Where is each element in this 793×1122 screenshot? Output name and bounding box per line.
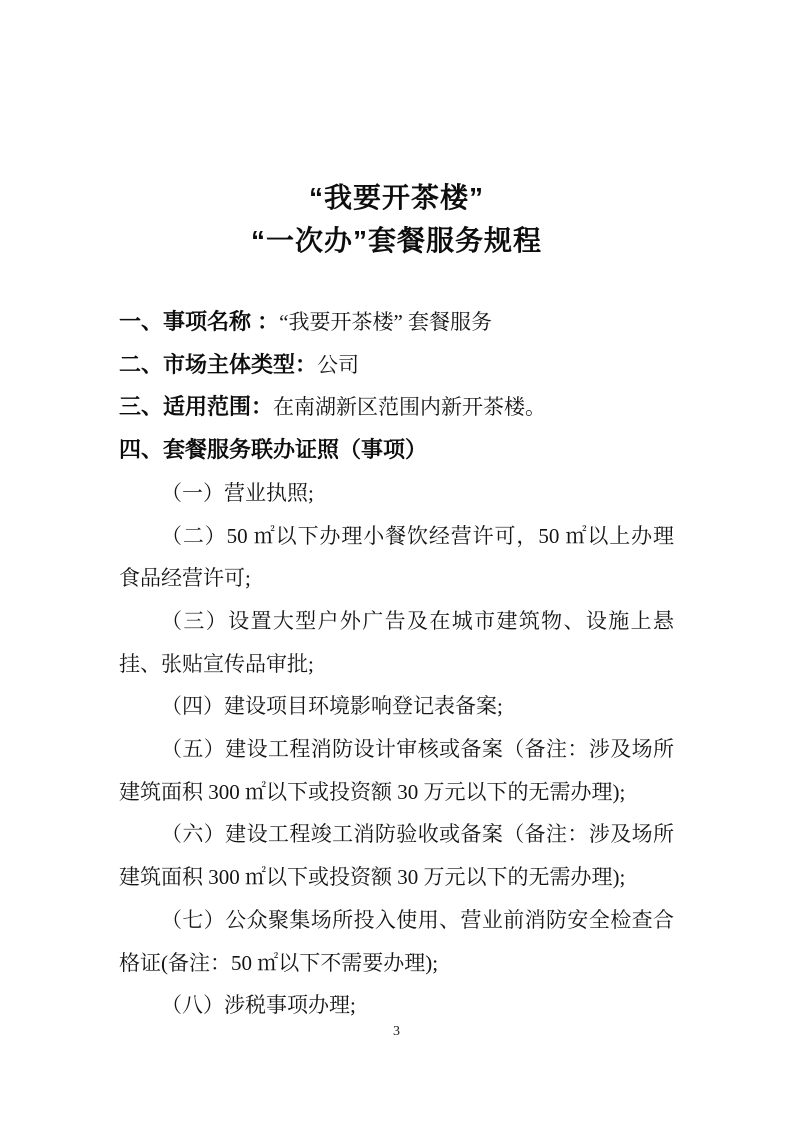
document-body: 一、事项名称 ：“我要开茶楼” 套餐服务 二、市场主体类型：公司 三、适用范围：… xyxy=(119,301,674,1027)
document-title: “我要开茶楼” “一次办”套餐服务规程 xyxy=(119,0,674,262)
section-heading-4-label: 四、套餐服务联办证照（事项） xyxy=(119,437,427,462)
list-item-8: （八）涉税事项办理; xyxy=(119,984,674,1027)
list-item-5: （五）建设工程消防设计审核或备案（备注：涉及场所建筑面积 300 ㎡以下或投资额… xyxy=(119,728,674,813)
list-item-3: （三）设置大型户外广告及在城市建筑物、设施上悬挂、张贴宣传品审批; xyxy=(119,600,674,685)
section-heading-3-text: 在南湖新区范围内新开茶楼。 xyxy=(273,395,546,419)
document-content: “我要开茶楼” “一次办”套餐服务规程 一、事项名称 ：“我要开茶楼” 套餐服务… xyxy=(119,0,674,1027)
page-number: 3 xyxy=(0,1024,793,1040)
document-title-line1: “我要开茶楼” xyxy=(119,176,674,219)
section-heading-1-text: “我要开茶楼” 套餐服务 xyxy=(279,310,492,334)
section-heading-2: 二、市场主体类型：公司 xyxy=(119,344,674,387)
section-heading-2-text: 公司 xyxy=(317,353,359,377)
section-heading-3-label: 三、适用范围： xyxy=(119,394,273,419)
section-heading-4: 四、套餐服务联办证照（事项） xyxy=(119,429,674,472)
section-heading-1: 一、事项名称 ：“我要开茶楼” 套餐服务 xyxy=(119,301,674,344)
list-item-1: （一）营业执照; xyxy=(119,472,674,515)
section-heading-3: 三、适用范围：在南湖新区范围内新开茶楼。 xyxy=(119,386,674,429)
list-item-2: （二）50 ㎡以下办理小餐饮经营许可，50 ㎡以上办理食品经营许可; xyxy=(119,515,674,600)
list-item-7: （七）公众聚集场所投入使用、营业前消防安全检查合格证(备注：50 ㎡以下不需要办… xyxy=(119,899,674,984)
list-item-4: （四）建设项目环境影响登记表备案; xyxy=(119,685,674,728)
section-heading-1-label: 一、事项名称 ： xyxy=(119,309,279,334)
document-title-line2: “一次办”套餐服务规程 xyxy=(119,219,674,262)
section-heading-2-label: 二、市场主体类型： xyxy=(119,352,317,377)
document-page: “我要开茶楼” “一次办”套餐服务规程 一、事项名称 ：“我要开茶楼” 套餐服务… xyxy=(0,0,793,1122)
list-item-6: （六）建设工程竣工消防验收或备案（备注：涉及场所建筑面积 300 ㎡以下或投资额… xyxy=(119,813,674,898)
